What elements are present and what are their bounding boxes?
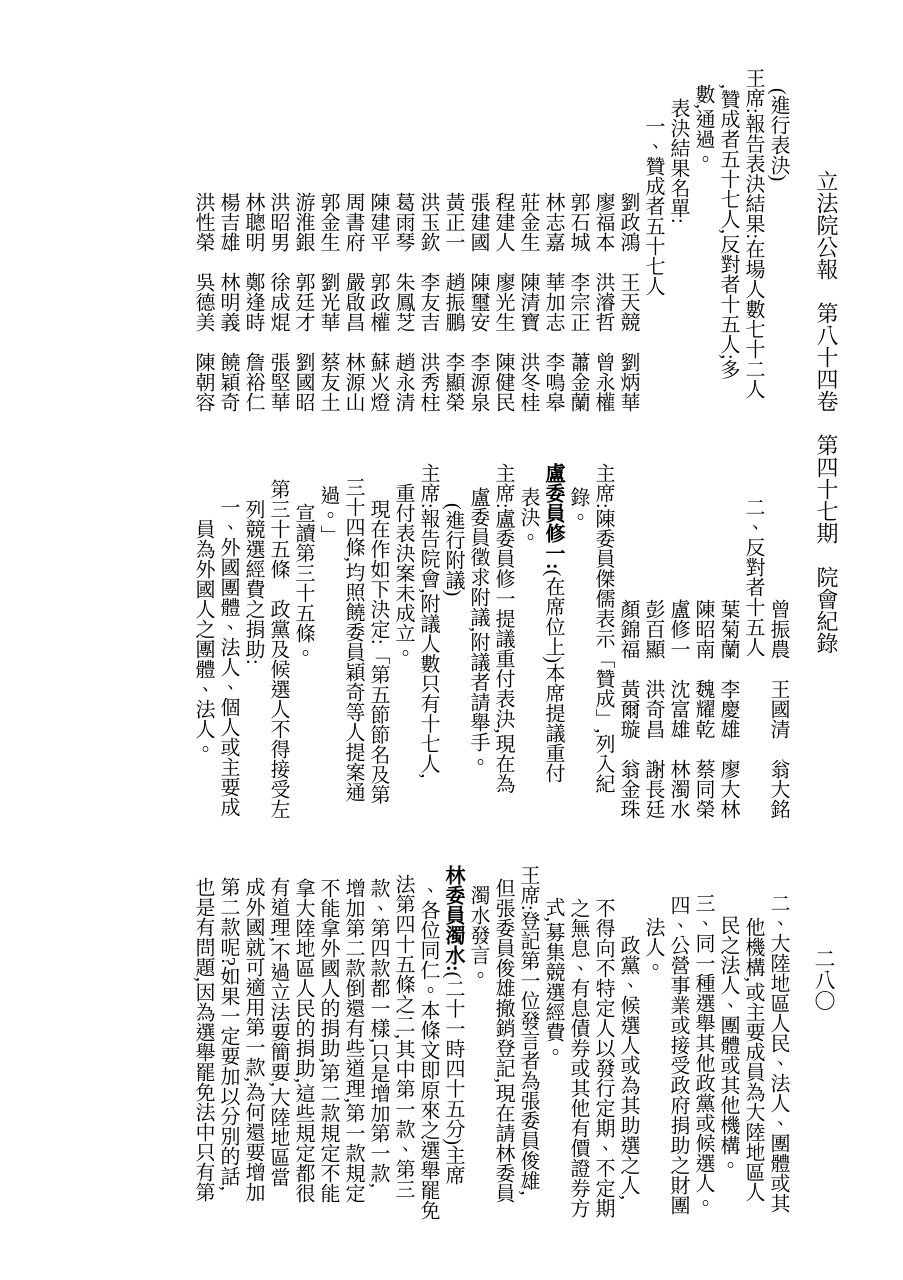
text-column: 員為外國人之團體、法人。 (193, 463, 213, 865)
text-column: 主席:報告院會,附議人數只有十七人, (418, 463, 438, 865)
text-column: 法第四十五條之二,其中第一款、第三 (393, 865, 413, 1275)
text-column: 民之法人、團體或其他機構。 (718, 865, 738, 1275)
text-column: 三十四條,均照饒委員穎奇等人提案通 (343, 463, 363, 865)
text-column: 濁水發言。 (468, 865, 488, 1275)
text-column: 主席:盧委員修一提議重付表決,現在為 (493, 463, 513, 865)
text-column: 劉政鴻 王天競 劉炳華 (618, 68, 638, 493)
text-column: 之無息、有息債券或其他有價證券方 (568, 865, 588, 1275)
text-column: (進行表決) (768, 68, 788, 493)
article-and-speech-section: 二、大陸地區人民、法人、團體或其他機構,或主要成員為大陸地區人民之法人、團體或其… (65, 865, 793, 1275)
page-number: 二八〇 (813, 948, 834, 1011)
vote-result-section: (進行表決)王席:報告表決結果:在場人數七十二人,贊成者五十七人,反對者十五人;… (65, 68, 793, 493)
text-column: 不能拿外國人的捐助,第二款規定不能 (318, 865, 338, 1275)
text-column: 程建人 廖光生 陳健民 (493, 68, 513, 493)
text-column: 楊吉雄 林明義 饒穎奇 (218, 68, 238, 493)
text-column: 莊金生 陳清寶 洪冬桂 (518, 68, 538, 493)
text-column: 表決結果名單: (668, 68, 688, 493)
gazette-header-title: 立法院公報 第八十四卷 第四十七期 院會紀錄 (815, 170, 837, 654)
text-column: 顏錦福 黃爾璇 翁金珠 (618, 463, 638, 865)
text-column: 三、同一種選舉其他政黨或候選人。 (693, 865, 713, 1275)
text-column: 、各位同仁。本條文即原來之選舉罷免 (418, 865, 438, 1275)
text-column: 政黨、候選人或為其助選之人, (618, 865, 638, 1275)
text-column: 增加第二款倒還有些道理,第一款規定 (343, 865, 363, 1275)
text-column: 宣讀第三十五條。 (293, 463, 313, 865)
text-column: 王席:報告表決結果:在場人數七十二人 (743, 68, 763, 493)
text-column: 林志嘉 華加志 李鳴皋 (543, 68, 563, 493)
text-column: (進行附議) (443, 463, 463, 865)
text-column: 林聰明 鄭逢時 詹裕仁 (243, 68, 263, 493)
text-column: 盧委員徵求附議,附議者請舉手。 (468, 463, 488, 865)
text-column: 陳建平 郭政權 蘇火燈 (368, 68, 388, 493)
text-column: 廖福本 洪濬哲 曾永權 (593, 68, 613, 493)
text-column: 曾振農 王國清 翁大銘 (768, 463, 788, 865)
text-column: 數,通過。 (693, 68, 713, 493)
text-column: 也是有問題,因為選舉罷免法中只有第 (193, 865, 213, 1275)
text-column: 彭百顯 洪奇昌 謝長廷 (643, 463, 663, 865)
text-column: 法人。 (643, 865, 663, 1275)
text-column: 成外國就可適用第一款,為何還要增加 (243, 865, 263, 1275)
text-column: 表決。 (518, 463, 538, 865)
text-column: 郭金生 劉光華 蔡友土 (318, 68, 338, 493)
text-column: 洪昭男 徐成焜 張堅華 (268, 68, 288, 493)
text-column: 一、贊成者五十七人 (643, 68, 663, 493)
text-column: 游淮銀 郭廷才 劉國昭 (293, 68, 313, 493)
text-column: 式,募集競選經費。 (543, 865, 563, 1275)
text-column: 拿大陸地區人民的捐助,這些規定都很 (293, 865, 313, 1275)
text-column: 盧委員修一:(在席位上)本席提議重付 (543, 463, 563, 865)
text-column: 葛雨琴 朱鳳芝 趙永清 (393, 68, 413, 493)
text-column: 他機構,或主要成員為大陸地區人 (743, 865, 763, 1275)
text-column: 林委員濁水:(二十一時四十五分)主席 (443, 865, 463, 1275)
objection-and-motion-section: 曾振農 王國清 翁大銘二、反對者十五人葉菊蘭 李慶雄 廖大林陳昭南 魏耀乾 蔡同… (65, 463, 793, 865)
text-column: 洪玉欽 李友吉 洪秀柱 (418, 68, 438, 493)
text-column: 不得向不特定人以發行定期、不定期 (593, 865, 613, 1275)
text-column: 一、外國團體、法人、個人或主要成 (218, 463, 238, 865)
text-column: 但張委員俊雄撤銷登記,現在請林委員 (493, 865, 513, 1275)
text-column: 郭石城 李宗正 蕭金蘭 (568, 68, 588, 493)
text-column: 現在作如下決定:「第五節節名及第 (368, 463, 388, 865)
text-column: 葉菊蘭 李慶雄 廖大林 (718, 463, 738, 865)
text-column: 王席:登記第一位發言者為張委員俊雄, (518, 865, 538, 1275)
text-column: 重付表決案未成立。 (393, 463, 413, 865)
text-column: 錄。 (568, 463, 588, 865)
text-column: 黃正一 趙振鵬 李顯榮 (443, 68, 463, 493)
text-column: 洪性榮 吳德美 陳朝容 (193, 68, 213, 493)
gazette-page: 立法院公報 第八十四卷 第四十七期 院會紀錄 二八〇 (進行表決)王席:報告表決… (0, 0, 903, 1280)
text-column: 二、反對者十五人 (743, 463, 763, 865)
text-column: 張建國 陳璽安 李源泉 (468, 68, 488, 493)
text-column: 周書府 嚴啟昌 林源山 (343, 68, 363, 493)
text-column: 列競選經費之捐助: (243, 463, 263, 865)
text-column: 盧修一 沈富雄 林濁水 (668, 463, 688, 865)
text-column: 有道理,不過立法要簡要,大陸地區當 (268, 865, 288, 1275)
text-column: 款、第四款都一樣,只是增加第一款, (368, 865, 388, 1275)
text-column: 第二款呢?如果一定要加以分別的話, (218, 865, 238, 1275)
text-column: 陳昭南 魏耀乾 蔡同榮 (693, 463, 713, 865)
text-column: 二、大陸地區人民、法人、團體或其 (768, 865, 788, 1275)
text-column: 第三十五條 政黨及候選人不得接受左 (268, 463, 288, 865)
text-column: 過。」 (318, 463, 338, 865)
text-column: ,贊成者五十七人,反對者十五人;多 (718, 68, 738, 493)
text-column: 主席:陳委員傑儒表示「贊成」,列入紀 (593, 463, 613, 865)
text-column: 四、公營事業或接受政府捐助之財團 (668, 865, 688, 1275)
